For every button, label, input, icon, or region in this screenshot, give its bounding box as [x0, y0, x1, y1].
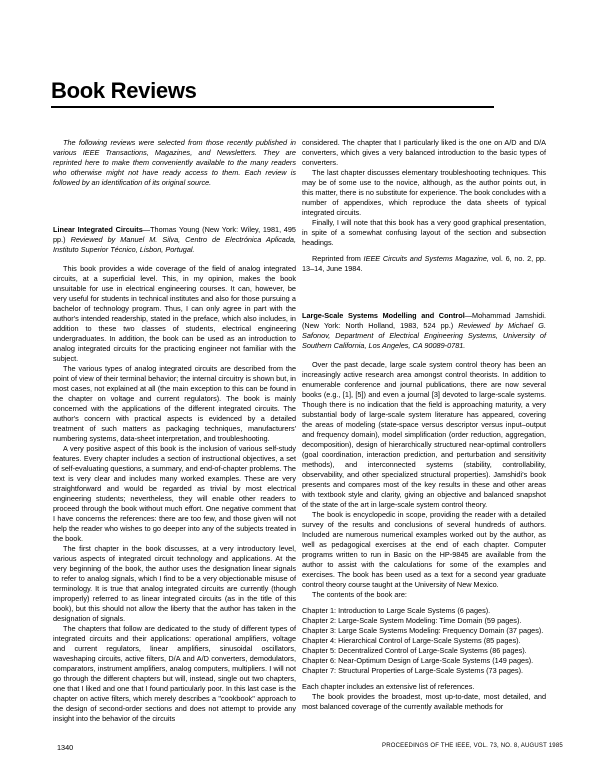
review1-paragraph: The chapters that follow are dedicated t…: [53, 624, 296, 724]
review1-continuation: considered. The chapter that I particula…: [302, 138, 546, 168]
review2-paragraph: The contents of the book are:: [302, 590, 546, 600]
journal-footer: PROCEEDINGS OF THE IEEE, VOL. 73, NO. 8,…: [382, 743, 563, 749]
source-prefix: Reprinted from: [312, 254, 364, 263]
source-journal: IEEE Circuits and Systems Magazine,: [364, 254, 489, 263]
review2-book-title: Large-Scale Systems Modelling and Contro…: [302, 311, 465, 320]
right-column: considered. The chapter that I particula…: [302, 138, 546, 712]
chapter-item: Chapter 7: Structural Properties of Larg…: [302, 666, 546, 676]
review1-source: Reprinted from IEEE Circuits and Systems…: [302, 254, 546, 274]
review2-paragraph: Over the past decade, large scale system…: [302, 360, 546, 510]
review2-paragraph: The book is encyclopedic in scope, provi…: [302, 510, 546, 590]
review2-closing: Each chapter includes an extensive list …: [302, 682, 546, 692]
chapter-list: Chapter 1: Introduction to Large Scale S…: [302, 606, 546, 676]
review1-continuation: The last chapter discusses elementary tr…: [302, 168, 546, 218]
page-number: 1340: [57, 743, 73, 752]
review1-heading: Linear Integrated Circuits—Thomas Young …: [53, 225, 296, 255]
review2-heading: Large-Scale Systems Modelling and Contro…: [302, 311, 546, 351]
left-column: The following reviews were selected from…: [53, 138, 296, 724]
review1-paragraph: The first chapter in the book discusses,…: [53, 544, 296, 624]
review1-paragraph: This book provides a wide coverage of th…: [53, 264, 296, 364]
review1-paragraph: A very positive aspect of this book is t…: [53, 444, 296, 544]
review1-book-title: Linear Integrated Circuits: [53, 225, 143, 234]
chapter-item: Chapter 3: Large Scale Systems Modeling:…: [302, 626, 546, 636]
intro-text: The following reviews were selected from…: [53, 138, 296, 188]
review1-reviewer: Reviewed by Manuel M. Silva, Centro de E…: [53, 235, 296, 254]
chapter-item: Chapter 1: Introduction to Large Scale S…: [302, 606, 546, 616]
chapter-item: Chapter 5: Decentralized Control of Larg…: [302, 646, 546, 656]
review2-closing: The book provides the broadest, most up-…: [302, 692, 546, 712]
chapter-item: Chapter 2: Large-Scale System Modeling: …: [302, 616, 546, 626]
review1-paragraph: The various types of analog integrated c…: [53, 364, 296, 444]
title-rule: [51, 106, 494, 108]
chapter-item: Chapter 4: Hierarchical Control of Large…: [302, 636, 546, 646]
chapter-item: Chapter 6: Near-Optimum Design of Large-…: [302, 656, 546, 666]
review1-continuation: Finally, I will note that this book has …: [302, 218, 546, 248]
page-title: Book Reviews: [51, 79, 197, 103]
